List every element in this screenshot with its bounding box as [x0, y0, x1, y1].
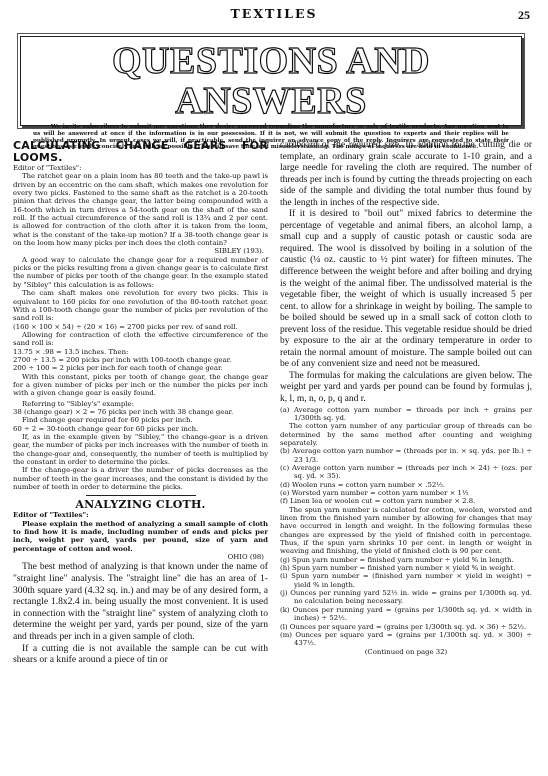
right-column: cardboard of the required size. In addit… — [280, 140, 532, 656]
answer-paragraph: The cam shaft makes one revolution for e… — [13, 289, 268, 322]
formula-b: (b) Average cotton yarn number = (thread… — [280, 447, 532, 464]
answer-paragraph: If the change-gear is a driver the numbe… — [13, 466, 268, 491]
formula-m: (m) Ounces per square yard = (grains per… — [280, 631, 532, 648]
group-note: The cotton yarn number of any particular… — [280, 422, 532, 447]
answer-paragraph: The formulas for making the calculations… — [280, 371, 532, 406]
answer-paragraph: A good way to calculate the change gear … — [13, 256, 268, 289]
article1-editor-line: Editor of "Textiles": — [13, 164, 268, 172]
formula-g: (g) Spun yarn number = finished yarn num… — [280, 556, 532, 564]
answer-equation: (160 × 100 × 54) ÷ (20 × 16) = 2700 pick… — [13, 323, 268, 331]
continued-note[interactable]: (Continued on page 32) — [280, 648, 532, 656]
formula-j: (j) Ounces per running yard 52½ in. wide… — [280, 589, 532, 606]
left-column: CALCULATING CHANGE GEARS FOR LOOMS. Edit… — [13, 140, 268, 666]
formula-f: (f) Linen lea or woolen cut = cotton yar… — [280, 497, 532, 505]
answer-equation: 38 (change gear) × 2 = 76 picks per inch… — [13, 408, 268, 416]
answer-paragraph: cardboard of the required size. In addit… — [280, 140, 532, 209]
answer-paragraph: The best method of analyzing is that kno… — [13, 561, 268, 642]
formula-d: (d) Woolen runs = cotton yarn number × .… — [280, 481, 532, 489]
answer-paragraph: Find change gear required for 60 picks p… — [13, 416, 268, 424]
article-title-change-gears: CALCULATING CHANGE GEARS FOR LOOMS. — [13, 140, 268, 164]
answer-paragraph: With this constant, picks per tooth of c… — [13, 373, 268, 398]
article2-signature: OHIO (98) — [13, 553, 268, 561]
answer-paragraph: If, as in the example given by "Sibley,"… — [13, 433, 268, 466]
article1-question: The ratchet gear on a plain loom has 80 … — [13, 172, 268, 247]
article-title-analyzing-cloth: ANALYZING CLOTH. — [13, 499, 268, 511]
running-head: TEXTILES — [0, 6, 548, 21]
formula-e: (e) Worsted yarn number = cotton yarn nu… — [280, 489, 532, 497]
formula-i: (i) Spun yarn number = (finished yarn nu… — [280, 572, 532, 589]
banner-title: QUESTIONS AND ANSWERS — [21, 41, 521, 121]
formula-a: (a) Average cotton yarn number = threads… — [280, 406, 532, 423]
answer-paragraph: Referring to "Sibley's" example: — [13, 400, 268, 408]
spun-yarn-note: The spun yarn number is calculated for c… — [280, 506, 532, 556]
formula-l: (l) Ounces per square yard = (grains per… — [280, 623, 532, 631]
formula-h: (h) Spun yarn number = finished yarn num… — [280, 564, 532, 572]
formula-k: (k) Ounces per running yard = (grains pe… — [280, 606, 532, 623]
article1-signature: SIBLEY (193). — [13, 247, 268, 255]
page-number: 25 — [518, 8, 530, 23]
article2-editor-line: Editor of "Textiles": — [13, 511, 268, 519]
answer-paragraph: If it is desired to "boil out" mixed fab… — [280, 209, 532, 371]
formula-c: (c) Average cotton yarn number = (thread… — [280, 464, 532, 481]
questions-and-answers-banner: QUESTIONS AND ANSWERS We invite subscrib… — [20, 36, 522, 126]
answer-equation: 200 ÷ 100 = 2 picks per inch for each to… — [13, 364, 268, 372]
article2-question: Please explain the method of analyzing a… — [13, 520, 268, 553]
answer-equation: 13.75 × .98 = 13.5 inches. Then: — [13, 348, 268, 356]
section-divider — [86, 495, 196, 496]
answer-equation: 2700 ÷ 13.5 = 200 picks per inch with 10… — [13, 356, 268, 364]
answer-paragraph: If a cutting die is not available the sa… — [13, 643, 268, 666]
answer-equation: 60 ÷ 2 = 30-tooth change gear for 60 pic… — [13, 425, 268, 433]
answer-paragraph: Allowing for contraction of cloth the ef… — [13, 331, 268, 348]
